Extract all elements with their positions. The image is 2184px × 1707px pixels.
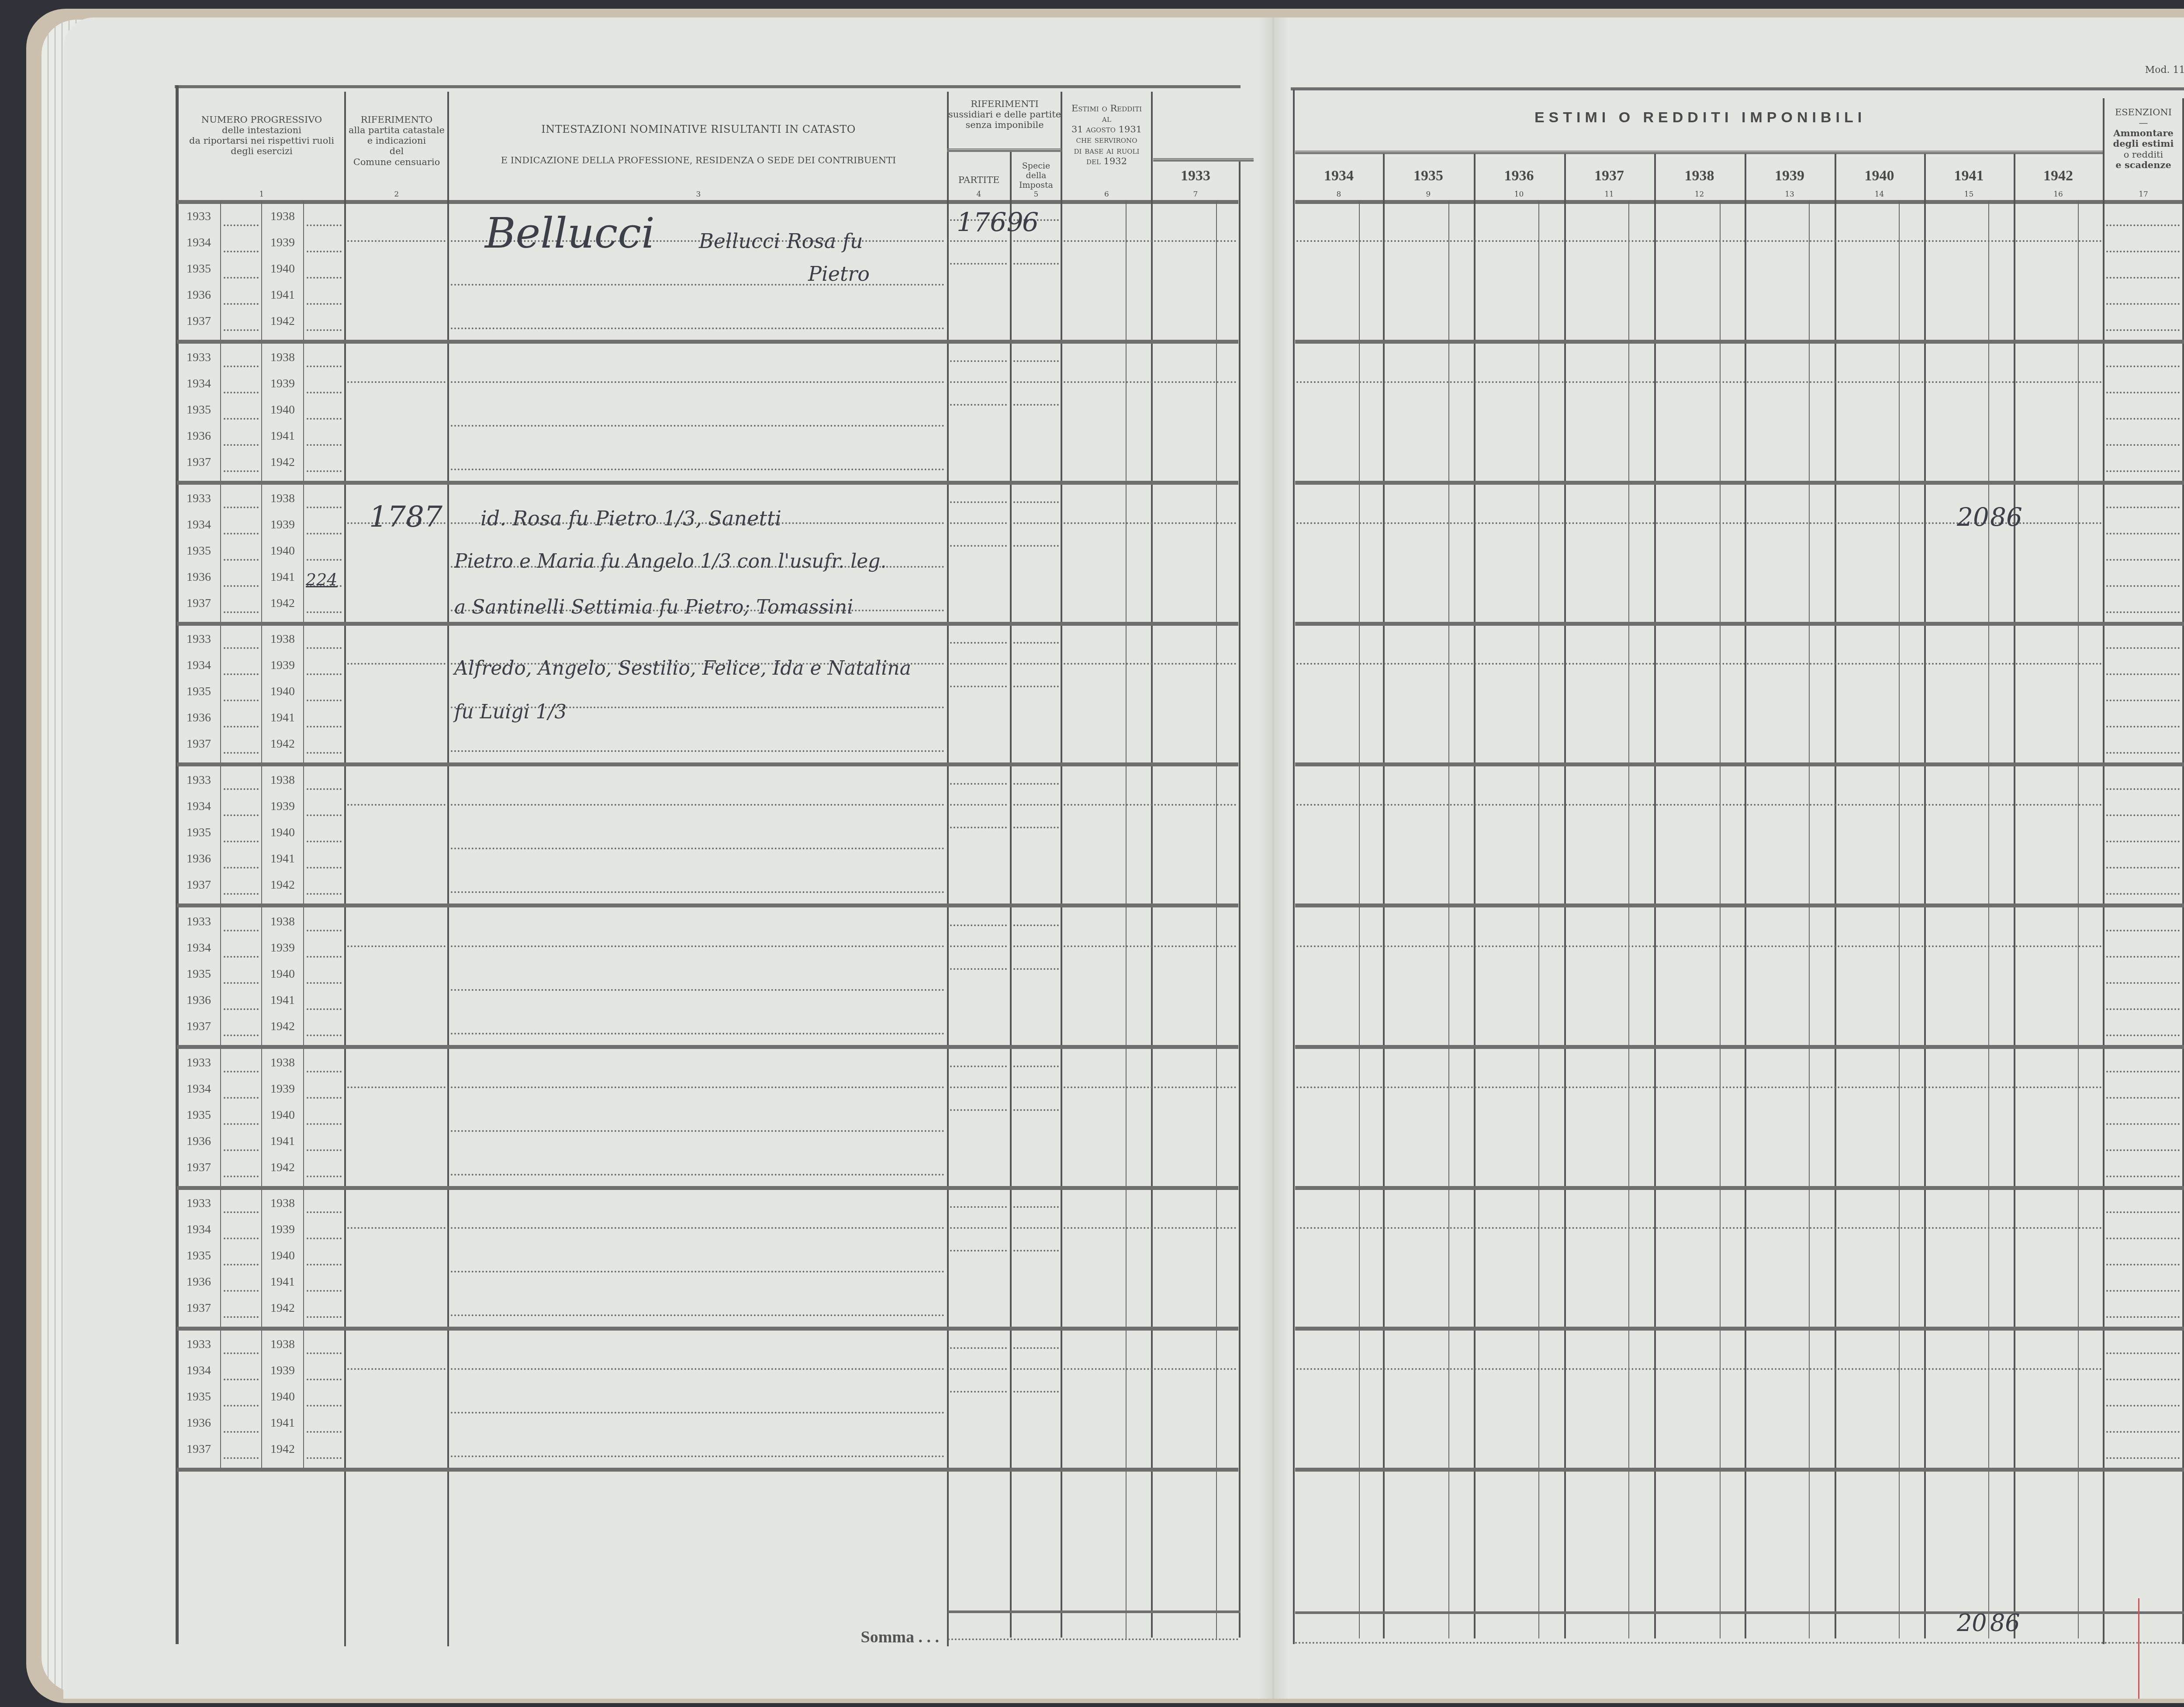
year-dotted-field <box>307 1379 342 1380</box>
amount-dotted-line <box>1064 663 1236 665</box>
specie-dotted-line <box>1013 804 1059 806</box>
col1-title: NUMERO PROGRESSIVO <box>179 114 344 125</box>
year-dotted-field <box>224 700 259 701</box>
form-model-label: Mod. 111 - Imposte Dirette (Intercalare)… <box>2136 65 2184 76</box>
year-dotted-field <box>224 1097 259 1099</box>
esenzioni-dotted-field <box>2106 673 2180 675</box>
year-label-right: 1938 <box>262 351 303 365</box>
handwritten-name-line: fu Luigi 1/3 <box>454 701 567 723</box>
esenzioni-dotted-field <box>2106 418 2180 420</box>
year-label-left: 1934 <box>178 941 219 955</box>
block-rule <box>1295 762 2184 766</box>
amount-dotted-line <box>1296 663 2102 665</box>
specie-dotted-line <box>1013 404 1059 406</box>
col17-left-divider <box>2103 98 2105 1644</box>
amount-dotted-line <box>1296 381 2102 383</box>
cents-subdivider <box>1359 202 1360 1638</box>
cents-subdivider <box>1538 202 1539 1638</box>
esenzioni-dotted-field <box>2106 470 2180 472</box>
years-subrule <box>1295 151 2103 154</box>
riferimento-dotted-line <box>347 381 446 383</box>
col18-left-divider <box>2182 98 2184 1644</box>
partite-dotted-line <box>950 827 1007 828</box>
somma-top-rule <box>948 1610 1241 1613</box>
riferimenti-line: sussidiari e delle partite <box>948 109 1061 120</box>
esenzioni-line: Ammontare <box>2105 128 2182 138</box>
partite-dotted-line <box>950 381 1007 383</box>
year-header: 1940 <box>1835 167 1924 184</box>
cents-subdivider <box>2078 202 2079 1638</box>
col3-number: 3 <box>450 190 947 199</box>
esenzioni-header: ESENZIONI — Ammontare degli estimi o red… <box>2105 107 2182 170</box>
year-label-left: 1936 <box>178 429 219 443</box>
handwritten-lire-1941: 20 <box>1957 502 1989 532</box>
amount-dotted-line <box>1064 381 1236 383</box>
year-label-left: 1935 <box>178 1249 219 1263</box>
header-bottom-rule <box>1295 200 2184 204</box>
specie-dotted-line <box>1013 240 1059 242</box>
col7-year: 1933 <box>1152 167 1239 184</box>
name-dotted-line <box>451 1368 944 1370</box>
col-divider <box>447 92 449 1646</box>
col-divider <box>1010 151 1012 1638</box>
year-dotted-field <box>224 1008 259 1010</box>
esenzioni-dotted-field <box>2106 1431 2180 1433</box>
col3-subtitle: E INDICAZIONE DELLA PROFESSIONE, RESIDEN… <box>450 155 947 166</box>
esenzioni-dotted-field <box>2106 303 2180 305</box>
col1-line: delle intestazioni <box>179 125 344 135</box>
year-dotted-field <box>307 1008 342 1010</box>
year-label-left: 1936 <box>178 1416 219 1430</box>
year-label-left: 1935 <box>178 403 219 417</box>
handwritten-total-cent: 86 <box>1990 1609 2020 1637</box>
block-rule <box>177 340 1238 344</box>
year-label-right: 1942 <box>262 737 303 751</box>
name-dotted-line <box>451 1271 944 1272</box>
year-dotted-field <box>307 1405 342 1407</box>
somma-top-rule <box>1295 1611 2184 1614</box>
year-dotted-field <box>224 956 259 958</box>
col5-number: 5 <box>1012 190 1061 199</box>
year-dotted-field <box>224 444 259 446</box>
riferimento-dotted-line <box>347 663 446 665</box>
partite-dotted-line <box>950 1227 1007 1229</box>
year-label-left: 1933 <box>178 1056 219 1070</box>
year-label-left: 1935 <box>178 826 219 840</box>
year-dotted-field <box>224 303 259 305</box>
year-dotted-field <box>224 814 259 816</box>
year-dotted-field <box>224 1290 259 1292</box>
year-label-left: 1937 <box>178 1020 219 1034</box>
year-header: 1936 <box>1474 167 1564 184</box>
specie-dotted-line <box>1013 827 1059 828</box>
year-col-divider <box>1383 154 1385 1638</box>
year-dotted-field <box>224 1457 259 1459</box>
year-dotted-field <box>307 1264 342 1266</box>
esenzioni-dotted-field <box>2106 585 2180 587</box>
year-dotted-field <box>307 956 342 958</box>
esenzioni-dotted-field <box>2106 814 2180 816</box>
col3-title: INTESTAZIONI NOMINATIVE RISULTANTI IN CA… <box>450 124 947 136</box>
specie-dotted-line <box>1013 686 1059 687</box>
book-gutter <box>1258 17 1289 1699</box>
amount-dotted-line <box>1064 240 1236 242</box>
col6-header: Estimi o Redditi al 31 agosto 1931 che s… <box>1062 103 1151 166</box>
partite-dotted-line <box>950 686 1007 687</box>
col2-number: 2 <box>346 190 447 199</box>
year-dotted-field <box>224 392 259 393</box>
col-divider <box>947 92 949 1646</box>
block-rule <box>177 904 1238 907</box>
esenzioni-line: degli estimi <box>2105 138 2182 149</box>
year-label-left: 1936 <box>178 993 219 1007</box>
partite-dotted-line <box>950 968 1007 970</box>
year-label-right: 1941 <box>262 1416 303 1430</box>
specie-dotted-line <box>1013 1109 1059 1111</box>
year-dotted-field <box>307 1238 342 1239</box>
handwritten-name-line: Bellucci Rosa fu <box>699 229 863 253</box>
year-dotted-field <box>224 418 259 420</box>
amount-dotted-line <box>1296 240 2102 242</box>
specie-dotted-line <box>1013 945 1059 947</box>
esenzioni-dotted-field <box>2106 841 2180 842</box>
esenzioni-dotted-field <box>2106 726 2180 728</box>
esenzioni-dotted-field <box>2106 251 2180 252</box>
col6-line: 31 agosto 1931 <box>1062 124 1151 134</box>
year-dotted-field <box>307 1035 342 1036</box>
esenzioni-dotted-field <box>2106 329 2180 331</box>
col6-title: Estimi o Redditi <box>1062 103 1151 114</box>
name-dotted-line <box>451 469 944 470</box>
partite-dotted-line <box>950 522 1007 524</box>
year-dotted-field <box>224 1071 259 1072</box>
year-dotted-field <box>307 982 342 984</box>
year-col-divider <box>1924 154 1926 1638</box>
esenzioni-dash: — <box>2105 117 2182 128</box>
name-dotted-line <box>451 891 944 893</box>
year-dotted-field <box>224 611 259 613</box>
specie-dotted-line <box>1013 263 1059 265</box>
year-label-left: 1937 <box>178 1161 219 1175</box>
year-header: 1937 <box>1564 167 1654 184</box>
year-dotted-field <box>307 893 342 895</box>
esenzioni-dotted-field <box>2106 1211 2180 1213</box>
specie-dotted-line <box>1013 1391 1059 1393</box>
block-rule <box>1295 1468 2184 1472</box>
year-label-right: 1940 <box>262 403 303 417</box>
col6-cents-divider <box>1126 202 1127 1638</box>
year-label-right: 1941 <box>262 1275 303 1289</box>
year-dotted-field <box>307 1290 342 1292</box>
amount-dotted-line <box>1296 1086 2102 1088</box>
partite-dotted-line <box>950 642 1007 644</box>
esenzioni-dotted-field <box>2106 1379 2180 1380</box>
year-dotted-field <box>224 1211 259 1213</box>
year-label-right: 1939 <box>262 800 303 814</box>
year-label-left: 1933 <box>178 632 219 646</box>
year-label-right: 1941 <box>262 288 303 302</box>
esenzioni-dotted-field <box>2106 392 2180 393</box>
specie-dotted-line <box>1013 522 1059 524</box>
cents-subdivider <box>1448 202 1449 1638</box>
name-dotted-line <box>451 1455 944 1457</box>
year-col-number: 14 <box>1835 190 1924 199</box>
year-col-number: 11 <box>1564 190 1654 199</box>
esenzioni-dotted-field <box>2106 1123 2180 1125</box>
col2-header: RIFERIMENTO alla partita catastale e ind… <box>346 114 447 167</box>
year-label-right: 1940 <box>262 826 303 840</box>
year-dotted-field <box>307 726 342 728</box>
block-rule <box>177 622 1238 626</box>
year-dotted-field <box>224 507 259 508</box>
year-dotted-field <box>307 507 342 508</box>
year-label-left: 1934 <box>178 800 219 814</box>
partite-dotted-line <box>950 924 1007 926</box>
esenzioni-dotted-field <box>2106 930 2180 931</box>
block-rule <box>177 1045 1238 1049</box>
year-dotted-field <box>307 444 342 446</box>
year-label-left: 1935 <box>178 262 219 276</box>
handwritten-cent-1941: 86 <box>1990 502 2022 532</box>
year-label-left: 1936 <box>178 288 219 302</box>
year-label-right: 1942 <box>262 314 303 328</box>
year-label-left: 1933 <box>178 351 219 365</box>
esenzioni-dotted-field <box>2106 1071 2180 1072</box>
col-divider <box>1061 92 1062 1638</box>
esenzioni-title: ESENZIONI <box>2105 107 2182 117</box>
cents-subdivider <box>1720 202 1721 1638</box>
year-col-divider <box>1474 154 1476 1638</box>
col5-label: Specie della Imposta <box>1012 162 1061 190</box>
year-label-right: 1938 <box>262 1197 303 1210</box>
year-label-right: 1942 <box>262 1301 303 1315</box>
name-dotted-line <box>451 328 944 329</box>
block-rule <box>1295 1186 2184 1190</box>
col2-line: Comune censuario <box>346 157 447 167</box>
block-rule <box>1295 1327 2184 1331</box>
year-label-right: 1942 <box>262 1442 303 1456</box>
year-label-left: 1934 <box>178 1082 219 1096</box>
year-col-number: 8 <box>1295 190 1383 199</box>
riferimento-dotted-line <box>347 1368 446 1370</box>
col1-subdivider <box>220 202 221 1470</box>
col7-number: 7 <box>1152 190 1239 199</box>
year-label-right: 1940 <box>262 967 303 981</box>
partite-dotted-line <box>950 360 1007 362</box>
year-label-left: 1936 <box>178 1275 219 1289</box>
year-label-right: 1941 <box>262 429 303 443</box>
block-rule <box>1295 481 2184 485</box>
partite-dotted-line <box>950 1368 1007 1370</box>
specie-dotted-line <box>1013 381 1059 383</box>
somma-dotted-rule <box>1295 1642 2184 1644</box>
year-dotted-field <box>224 673 259 675</box>
year-label-left: 1937 <box>178 1301 219 1315</box>
year-dotted-field <box>307 647 342 649</box>
year-label-right: 1938 <box>262 915 303 929</box>
year-label-left: 1934 <box>178 377 219 391</box>
cents-subdivider <box>1809 202 1810 1638</box>
year-label-right: 1938 <box>262 492 303 506</box>
red-margin-line <box>2138 1598 2139 1699</box>
esenzioni-dotted-field <box>2106 982 2180 984</box>
handwritten-name-line: Pietro e Maria fu Angelo 1/3 con l'usufr… <box>454 550 886 572</box>
year-label-right: 1941 <box>262 570 303 584</box>
cents-subdivider <box>1899 202 1900 1638</box>
year-col-number: 12 <box>1654 190 1745 199</box>
year-label-right: 1938 <box>262 210 303 224</box>
year-label-left: 1937 <box>178 455 219 469</box>
year-label-left: 1933 <box>178 915 219 929</box>
year-dotted-field <box>224 277 259 279</box>
esenzioni-dotted-field <box>2106 1457 2180 1459</box>
year-dotted-field <box>307 533 342 535</box>
col4-number: 4 <box>948 190 1010 199</box>
year-col-number: 13 <box>1745 190 1835 199</box>
specie-dotted-line <box>1013 1066 1059 1067</box>
year-label-right: 1939 <box>262 377 303 391</box>
name-dotted-line <box>451 1227 944 1229</box>
name-dotted-line <box>451 804 944 806</box>
handwritten-surname: Bellucci <box>485 209 655 258</box>
riferimento-dotted-line <box>347 804 446 806</box>
partite-dotted-line <box>950 1206 1007 1208</box>
specie-dotted-line <box>1013 360 1059 362</box>
col1-line: da riportarsi nei rispettivi ruoli <box>179 135 344 146</box>
year-col-number: 15 <box>1924 190 2014 199</box>
riferimento-dotted-line <box>347 240 446 242</box>
block-rule <box>1295 904 2184 907</box>
esenzioni-dotted-field <box>2106 893 2180 895</box>
year-dotted-field <box>307 1071 342 1072</box>
year-dotted-field <box>307 1123 342 1125</box>
name-dotted-line <box>451 989 944 991</box>
year-dotted-field <box>307 559 342 561</box>
block-rule <box>1295 340 2184 344</box>
year-label-right: 1940 <box>262 1390 303 1404</box>
year-label-left: 1933 <box>178 210 219 224</box>
year-dotted-field <box>307 1149 342 1151</box>
partite-dotted-line <box>950 404 1007 406</box>
name-dotted-line <box>451 945 944 947</box>
partite-dotted-line <box>950 263 1007 265</box>
year-dotted-field <box>224 1264 259 1266</box>
name-dotted-line <box>451 381 944 383</box>
name-dotted-line <box>451 1174 944 1176</box>
esenzioni-dotted-field <box>2106 1149 2180 1151</box>
col4-label: PARTITE <box>948 175 1010 185</box>
year-label-right: 1942 <box>262 597 303 610</box>
year-dotted-field <box>307 1316 342 1318</box>
year-dotted-field <box>307 700 342 701</box>
handwritten-specie: 6 <box>1022 207 1039 238</box>
year-dotted-field <box>224 893 259 895</box>
partite-dotted-line <box>950 240 1007 242</box>
name-dotted-line <box>451 848 944 849</box>
year-dotted-field <box>307 366 342 367</box>
col2-line: e indicazioni <box>346 135 447 146</box>
year-label-left: 1937 <box>178 314 219 328</box>
year-dotted-field <box>224 470 259 472</box>
block-rule <box>1295 622 2184 626</box>
year-header: 1934 <box>1295 167 1383 184</box>
esenzioni-dotted-field <box>2106 1352 2180 1354</box>
esenzioni-line: e scadenze <box>2105 160 2182 170</box>
esenzioni-dotted-field <box>2106 1290 2180 1292</box>
year-label-left: 1937 <box>178 597 219 610</box>
year-label-left: 1935 <box>178 1390 219 1404</box>
col1-subdivider <box>303 202 304 1470</box>
table-top-border <box>175 85 1241 88</box>
col6-line: di base ai ruoli <box>1062 145 1151 156</box>
riferimenti-subrule <box>947 148 1061 152</box>
year-label-left: 1933 <box>178 1197 219 1210</box>
name-dotted-line <box>451 1412 944 1414</box>
year-label-right: 1941 <box>262 1135 303 1148</box>
specie-dotted-line <box>1013 545 1059 547</box>
estimi-group-title: ESTIMI O REDDITI IMPONIBILI <box>1297 109 2103 126</box>
year-label-right: 1941 <box>262 711 303 725</box>
esenzioni-line: o redditi <box>2105 149 2182 160</box>
year-label-right: 1938 <box>262 773 303 787</box>
esenzioni-dotted-field <box>2106 224 2180 226</box>
esenzioni-dotted-field <box>2106 867 2180 869</box>
handwritten-name-line: a Santinelli Settimia fu Pietro; Tomassi… <box>454 596 853 618</box>
esenzioni-dotted-field <box>2106 366 2180 367</box>
year-dotted-field <box>307 1431 342 1433</box>
partite-dotted-line <box>950 1391 1007 1393</box>
partite-dotted-line <box>950 1109 1007 1111</box>
specie-dotted-line <box>1013 924 1059 926</box>
year-dotted-field <box>307 841 342 842</box>
year-label-right: 1939 <box>262 518 303 532</box>
amount-dotted-line <box>1064 804 1236 806</box>
year-dotted-field <box>307 251 342 252</box>
year-label-left: 1934 <box>178 1223 219 1237</box>
name-dotted-line <box>451 1033 944 1035</box>
block-rule <box>177 481 1238 485</box>
amount-dotted-line <box>1296 1227 2102 1229</box>
year-label-right: 1940 <box>262 1249 303 1263</box>
year-dotted-field <box>224 1352 259 1354</box>
year-label-left: 1933 <box>178 773 219 787</box>
year-dotted-field <box>224 533 259 535</box>
year-dotted-field <box>224 1035 259 1036</box>
year-dotted-field <box>307 392 342 393</box>
col6-number: 6 <box>1062 190 1151 199</box>
left-page <box>63 17 1273 1699</box>
year-label-right: 1942 <box>262 878 303 892</box>
partite-dotted-line <box>950 1066 1007 1067</box>
year-label-left: 1934 <box>178 659 219 672</box>
year-label-right: 1941 <box>262 852 303 866</box>
name-dotted-line <box>451 425 944 427</box>
year-dotted-field <box>307 1211 342 1213</box>
col2-title: RIFERIMENTO <box>346 114 447 125</box>
name-dotted-line <box>451 1314 944 1316</box>
col2-line: del <box>346 146 447 156</box>
year-header: 1935 <box>1383 167 1474 184</box>
specie-dotted-line <box>1013 968 1059 970</box>
amount-dotted-line <box>1296 804 2102 806</box>
year-col-divider <box>1564 154 1566 1638</box>
year-col-divider <box>1654 154 1656 1638</box>
col-divider <box>1239 162 1241 1638</box>
col7-subrule <box>1153 158 1254 162</box>
handwritten-total-lire: 20 <box>1957 1609 1987 1637</box>
year-dotted-field <box>224 1149 259 1151</box>
year-label-right: 1941 <box>262 993 303 1007</box>
